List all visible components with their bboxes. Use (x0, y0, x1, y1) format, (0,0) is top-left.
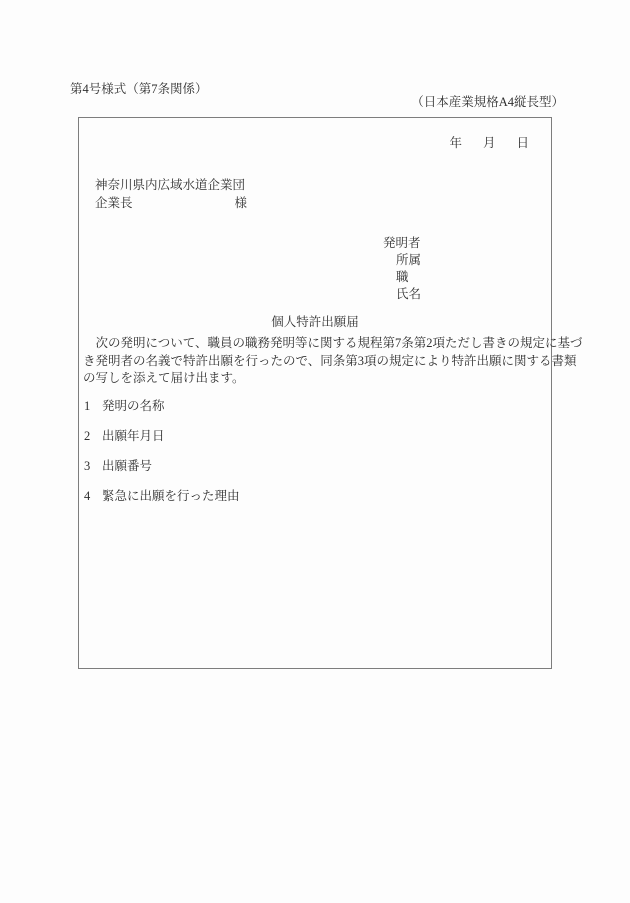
list-item-1: 1発明の名称 (84, 400, 240, 413)
item-number: 1 (84, 400, 102, 413)
item-label: 出願番号 (102, 459, 152, 473)
addressee-title: 企業長 (95, 196, 133, 210)
inventor-heading: 発明者 (383, 235, 421, 252)
year-label: 年 (449, 133, 462, 151)
document-page: 第4号様式（第7条関係） （日本産業規格A4縦長型） 年 月 日 神奈川県内広域… (0, 0, 630, 903)
inventor-field-position: 職 (396, 269, 421, 286)
inventor-block: 発明者 所属 職 氏名 (383, 235, 421, 303)
form-number-label: 第4号様式（第7条関係） (70, 79, 208, 97)
addressee-block: 神奈川県内広域水道企業団 企業長様 (95, 176, 247, 212)
paper-standard-label: （日本産業規格A4縦長型） (411, 92, 564, 110)
document-title: 個人特許出願届 (79, 312, 551, 330)
honorific-label: 様 (235, 196, 248, 210)
item-number: 4 (84, 490, 102, 503)
item-label: 緊急に出願を行った理由 (102, 489, 240, 503)
paragraph-line-2: き発明者の名義で特許出願を行ったので、同条第3項の規定により特許出願に関する書類 (83, 353, 551, 371)
item-number: 2 (84, 430, 102, 443)
month-label: 月 (483, 133, 496, 151)
list-item-2: 2出願年月日 (84, 430, 240, 443)
item-number: 3 (84, 460, 102, 473)
list-item-4: 4緊急に出願を行った理由 (84, 490, 240, 503)
addressee-title-line: 企業長様 (95, 194, 247, 212)
day-label: 日 (516, 133, 529, 151)
numbered-item-list: 1発明の名称 2出願年月日 3出願番号 4緊急に出願を行った理由 (84, 400, 240, 520)
item-label: 発明の名称 (102, 399, 165, 413)
inventor-field-name: 氏名 (396, 286, 421, 303)
paragraph-line-1: 次の発明について、職員の職務発明等に関する規程第7条第2項ただし書きの規定に基づ (83, 335, 551, 353)
date-line: 年 月 日 (449, 133, 529, 151)
body-paragraph: 次の発明について、職員の職務発明等に関する規程第7条第2項ただし書きの規定に基づ… (83, 335, 551, 388)
inventor-field-affiliation: 所属 (396, 252, 421, 269)
form-border-box: 年 月 日 神奈川県内広域水道企業団 企業長様 発明者 所属 職 氏名 個人特許… (78, 117, 552, 669)
paragraph-line-3: の写しを添えて届け出ます。 (83, 370, 551, 388)
list-item-3: 3出願番号 (84, 460, 240, 473)
item-label: 出願年月日 (102, 429, 165, 443)
addressee-organization: 神奈川県内広域水道企業団 (95, 176, 247, 194)
